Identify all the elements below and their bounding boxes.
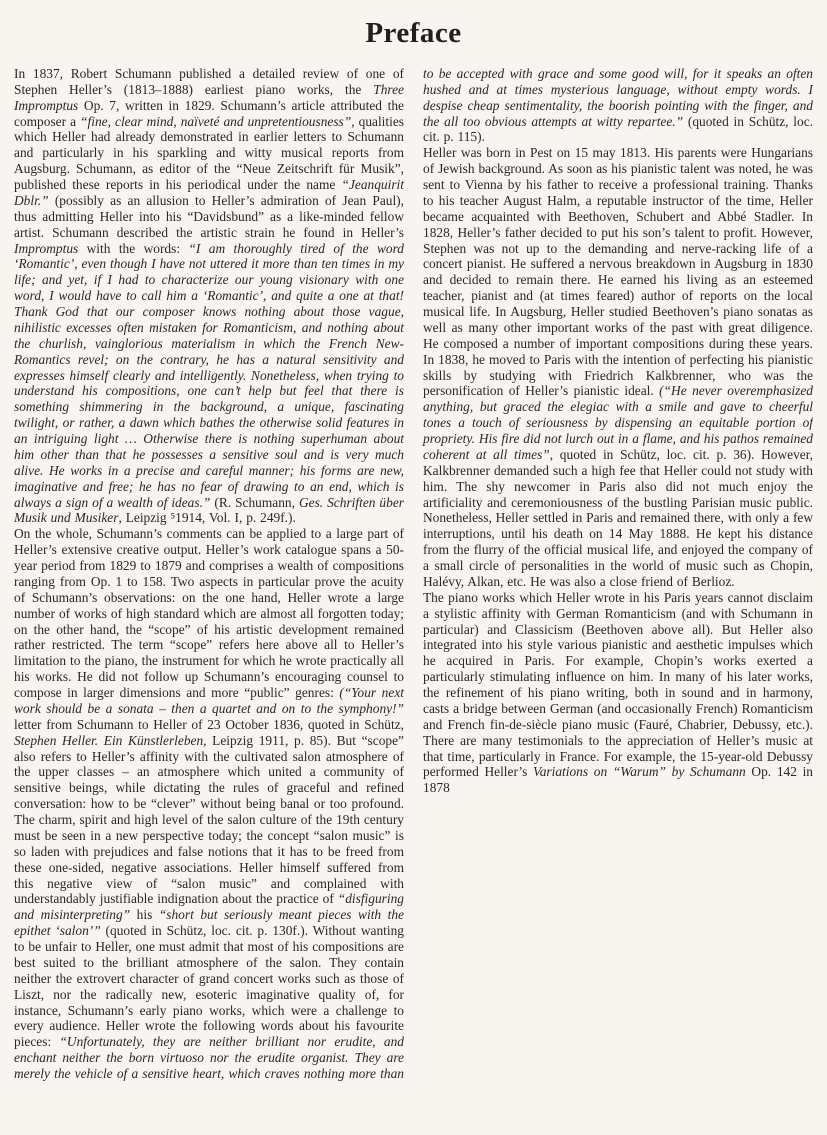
text-segment: The piano works which Heller wrote in hi… <box>423 590 813 780</box>
paragraph: Heller was born in Pest on 15 may 1813. … <box>423 145 813 590</box>
text-segment: Heller was born in Pest on 15 may 1813. … <box>423 145 813 398</box>
text-segment: (R. Schumann, <box>210 495 299 510</box>
paragraph: The piano works which Heller wrote in hi… <box>423 590 813 796</box>
italic-text-segment: Stephen Heller. Ein Künstlerleben <box>14 733 203 748</box>
article: In 1837, Robert Schumann published a det… <box>14 66 813 1096</box>
italic-text-segment: “I am thoroughly tired of the word ‘Roma… <box>14 241 404 510</box>
text-segment: his <box>130 907 159 922</box>
text-segment: (quoted in Schütz, loc. cit. p. 130f.). … <box>14 923 404 1049</box>
preface-page: Preface In 1837, Robert Schumann publish… <box>0 0 827 1135</box>
page-title: Preface <box>14 18 813 50</box>
italic-text-segment: Variations on “Warum” by Schumann <box>533 764 746 779</box>
text-segment: letter from Schumann to Heller of 23 Oct… <box>14 717 404 732</box>
paragraph: In 1837, Robert Schumann published a det… <box>14 66 404 526</box>
text-segment: , Leipzig ⁵1914, Vol. I, p. 249f.). <box>118 510 295 525</box>
text-segment: On the whole, Schumann’s comments can be… <box>14 526 404 700</box>
text-segment: (possibly as an allusion to Heller’s adm… <box>14 193 404 240</box>
text-segment: , Leipzig 1911, p. 85). But “scope” also… <box>14 733 404 907</box>
text-segment: with the words: <box>78 241 188 256</box>
text-segment: In 1837, Robert Schumann published a det… <box>14 66 404 97</box>
italic-text-segment: Impromptus <box>14 241 78 256</box>
text-segment: , quoted in Schütz, loc. cit. p. 36). Ho… <box>423 447 813 589</box>
italic-text-segment: “fine, clear mind, naïveté and unpretent… <box>80 114 351 129</box>
